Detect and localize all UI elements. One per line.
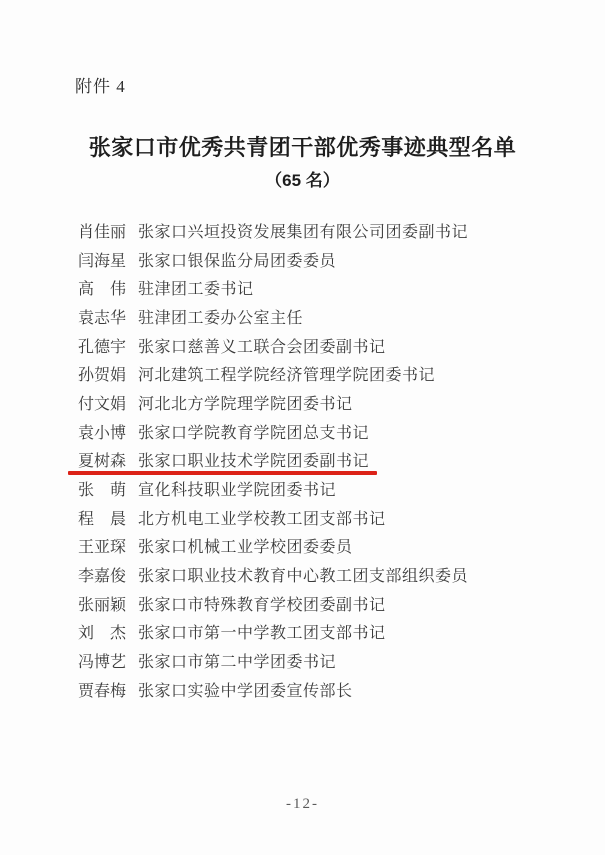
person-position: 张家口银保监分局团委委员 <box>138 248 336 271</box>
person-name: 王亚琛 <box>78 534 126 557</box>
list-item: 贾春梅张家口实验中学团委宣传部长 <box>78 675 468 704</box>
person-name: 孔德宇 <box>78 334 126 357</box>
person-name: 刘杰 <box>78 620 126 643</box>
person-position: 张家口学院教育学院团总支书记 <box>138 420 369 443</box>
subtitle-count: （65 名） <box>0 166 605 191</box>
person-position: 张家口职业技术学院团委副书记 <box>138 448 369 471</box>
list-item: 付文娟河北北方学院理学院团委书记 <box>78 388 468 417</box>
attachment-label: 附件 4 <box>75 72 126 97</box>
person-name: 肖佳丽 <box>78 219 126 242</box>
list-item: 程晨北方机电工业学校教工团支部书记 <box>78 503 468 532</box>
person-position: 河北建筑工程学院经济管理学院团委书记 <box>138 362 435 385</box>
list-item: 李嘉俊张家口职业技术教育中心教工团支部组织委员 <box>78 560 468 589</box>
list-item: 孔德宇张家口慈善义工联合会团委副书记 <box>78 331 468 360</box>
page-title: 张家口市优秀共青团干部优秀事迹典型名单 <box>0 131 605 162</box>
person-name: 高伟 <box>78 276 126 299</box>
person-position: 张家口市特殊教育学校团委副书记 <box>138 592 386 615</box>
person-name: 程晨 <box>78 506 126 529</box>
list-item: 刘杰张家口市第一中学教工团支部书记 <box>78 618 468 647</box>
list-item: 闫海星张家口银保监分局团委委员 <box>78 245 468 274</box>
person-position: 河北北方学院理学院团委书记 <box>138 391 353 414</box>
person-name: 付文娟 <box>78 391 126 414</box>
person-name: 李嘉俊 <box>78 563 126 586</box>
list-item: 冯博艺张家口市第二中学团委书记 <box>78 646 468 675</box>
person-position: 张家口职业技术教育中心教工团支部组织委员 <box>138 563 468 586</box>
person-name: 张萌 <box>78 477 126 500</box>
list-item: 夏树森张家口职业技术学院团委副书记 <box>78 446 468 475</box>
person-position: 张家口机械工业学校团委委员 <box>138 534 353 557</box>
person-position: 驻津团工委书记 <box>138 276 254 299</box>
person-position: 张家口市第二中学团委书记 <box>138 649 336 672</box>
person-name: 冯博艺 <box>78 649 126 672</box>
list-item: 王亚琛张家口机械工业学校团委委员 <box>78 532 468 561</box>
person-name: 闫海星 <box>78 248 126 271</box>
list-item: 袁小博张家口学院教育学院团总支书记 <box>78 417 468 446</box>
person-position: 北方机电工业学校教工团支部书记 <box>138 506 386 529</box>
person-position: 张家口兴垣投资发展集团有限公司团委副书记 <box>138 219 468 242</box>
person-name: 袁小博 <box>78 420 126 443</box>
person-name: 贾春梅 <box>78 678 126 701</box>
name-list: 肖佳丽张家口兴垣投资发展集团有限公司团委副书记闫海星张家口银保监分局团委委员高伟… <box>78 216 468 704</box>
person-name: 孙贺娟 <box>78 362 126 385</box>
person-name: 袁志华 <box>78 305 126 328</box>
person-name: 夏树森 <box>78 448 126 471</box>
list-item: 高伟驻津团工委书记 <box>78 273 468 302</box>
list-item: 张丽颖张家口市特殊教育学校团委副书记 <box>78 589 468 618</box>
list-item: 张萌宣化科技职业学院团委书记 <box>78 474 468 503</box>
list-item: 肖佳丽张家口兴垣投资发展集团有限公司团委副书记 <box>78 216 468 245</box>
list-item: 袁志华驻津团工委办公室主任 <box>78 302 468 331</box>
person-position: 驻津团工委办公室主任 <box>138 305 303 328</box>
person-position: 张家口实验中学团委宣传部长 <box>138 678 353 701</box>
person-name: 张丽颖 <box>78 592 126 615</box>
person-position: 张家口慈善义工联合会团委副书记 <box>138 334 386 357</box>
page-number: -12- <box>0 796 605 813</box>
person-position: 张家口市第一中学教工团支部书记 <box>138 620 386 643</box>
person-position: 宣化科技职业学院团委书记 <box>138 477 336 500</box>
list-item: 孙贺娟河北建筑工程学院经济管理学院团委书记 <box>78 359 468 388</box>
